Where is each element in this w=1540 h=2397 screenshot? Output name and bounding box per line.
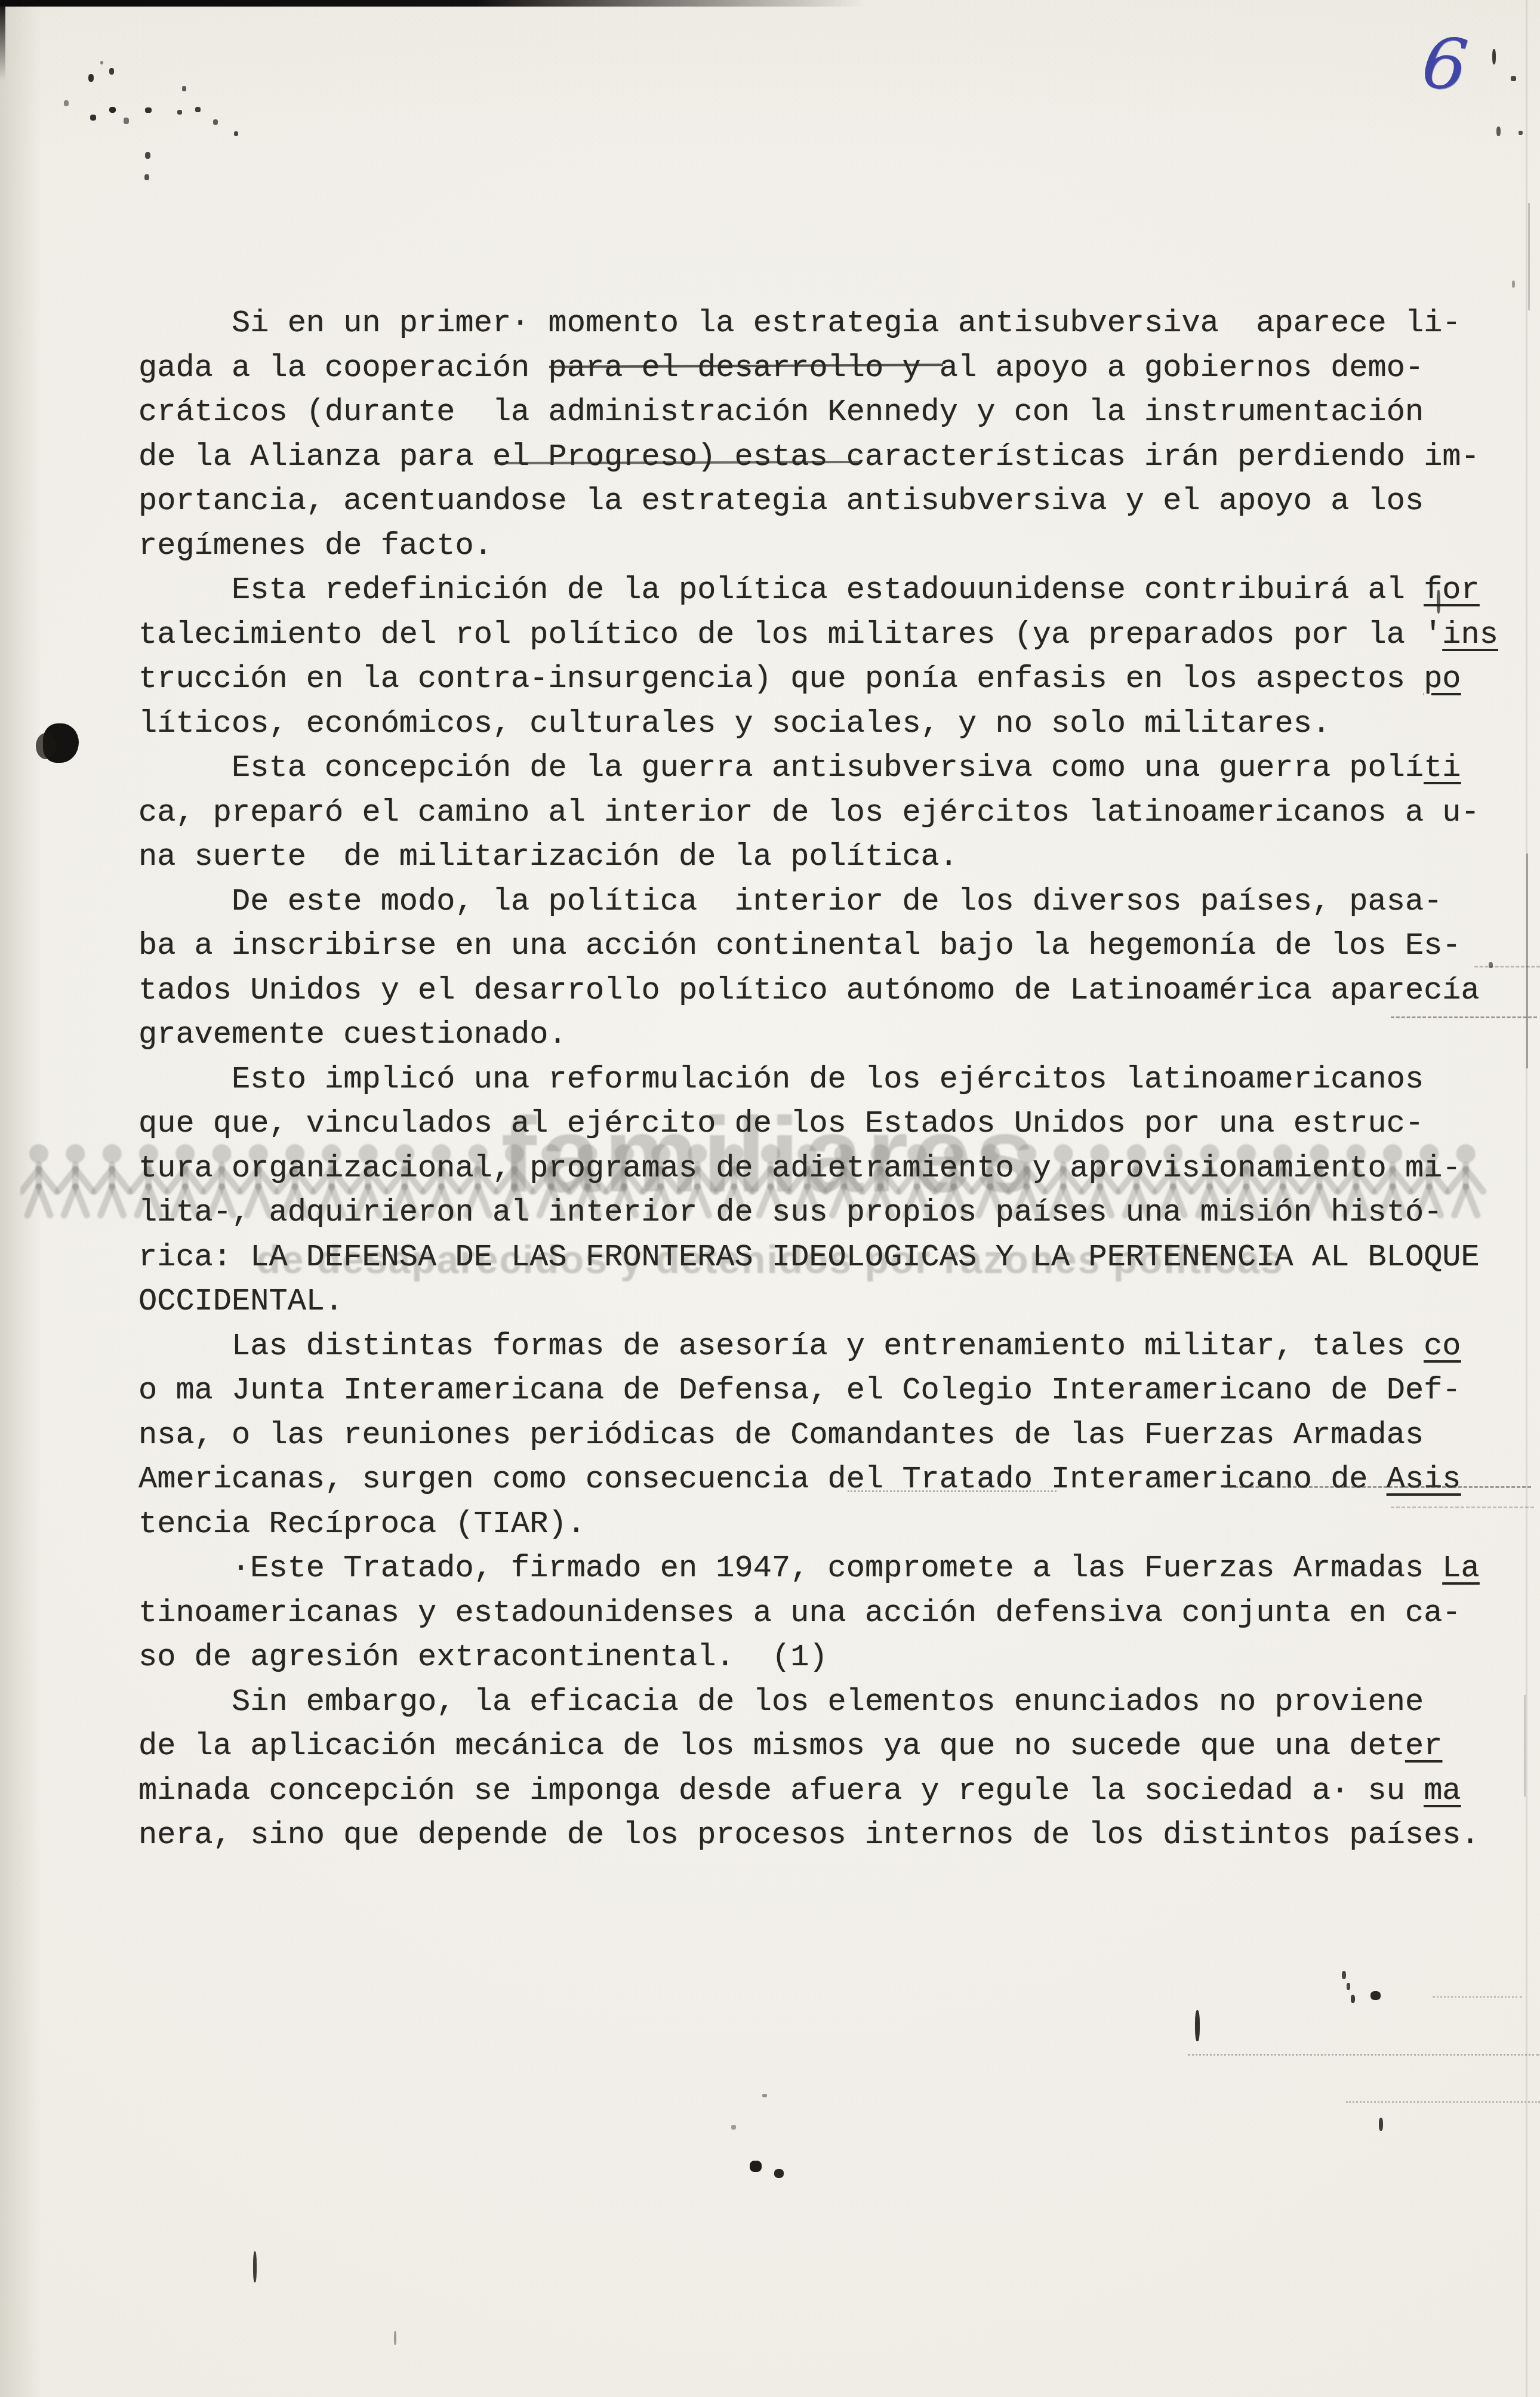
text-line: de la Alianza para el Progreso) estas ca… bbox=[138, 435, 1511, 480]
scan-dash-line bbox=[1474, 966, 1540, 968]
scan-speck bbox=[1370, 1991, 1381, 2000]
scan-speck bbox=[145, 152, 150, 159]
text-line: regímenes de facto. bbox=[138, 524, 1511, 569]
text-line: lita-, adquirieron al interior de sus pr… bbox=[138, 1191, 1511, 1236]
scan-speck bbox=[1342, 1971, 1346, 1979]
ink-blob-smudge bbox=[36, 733, 56, 759]
scan-speck bbox=[145, 107, 152, 113]
text-line: Si en un primer· momento la estrategia a… bbox=[138, 301, 1511, 346]
text-line: nsa, o las reuniones periódicas de Coman… bbox=[138, 1413, 1511, 1458]
scan-speck bbox=[1195, 2010, 1200, 2041]
text-line: Sin embargo, la eficacia de los elemento… bbox=[138, 1680, 1511, 1725]
text-line: que que, vinculados al ejército de los E… bbox=[138, 1102, 1511, 1147]
scan-speck bbox=[1347, 1983, 1350, 1990]
scan-speck bbox=[1489, 962, 1493, 968]
scan-speck bbox=[195, 107, 201, 112]
scan-speck bbox=[1511, 76, 1516, 81]
text-line: portancia, acentuandose la estrategia an… bbox=[138, 479, 1511, 524]
handwritten-page-number: 6 bbox=[1418, 20, 1471, 107]
scan-speck bbox=[182, 86, 186, 91]
scan-dot-line bbox=[1188, 2054, 1539, 2056]
scan-speck bbox=[1496, 127, 1501, 136]
scan-speck bbox=[394, 2331, 396, 2345]
scan-streak bbox=[1526, 854, 1528, 1068]
text-line: tados Unidos y el desarrollo político au… bbox=[138, 969, 1511, 1013]
scan-speck bbox=[88, 74, 94, 82]
scan-speck bbox=[774, 2169, 784, 2178]
scan-speck bbox=[100, 61, 103, 64]
scan-dash-line bbox=[1391, 1506, 1534, 1508]
text-line: gada a la cooperación para el desarrollo… bbox=[138, 346, 1511, 391]
text-line: de la aplicación mecánica de los mismos … bbox=[138, 1724, 1511, 1769]
scanned-document-page: { "document": { "page_number": "6", "lan… bbox=[0, 0, 1540, 2397]
text-line: ba a inscribirse en una acción continent… bbox=[138, 924, 1511, 969]
text-line: talecimiento del rol político de los mil… bbox=[138, 613, 1511, 658]
scan-dot-line bbox=[1433, 1996, 1522, 1998]
text-line: Las distintas formas de asesoría y entre… bbox=[138, 1324, 1511, 1369]
text-line: Esto implicó una reformulación de los ej… bbox=[138, 1058, 1511, 1102]
scan-edge-top bbox=[0, 0, 866, 7]
scan-speck bbox=[1519, 131, 1523, 135]
scan-speck bbox=[1492, 49, 1496, 64]
scan-streak bbox=[1524, 1695, 1526, 1797]
text-line: cráticos (durante la administración Kenn… bbox=[138, 390, 1511, 435]
text-line: rica: LA DEFENSA DE LAS FRONTERAS IDEOLO… bbox=[138, 1236, 1511, 1280]
text-line: ·Este Tratado, firmado en 1947, comprome… bbox=[138, 1546, 1511, 1591]
scan-speck bbox=[1512, 281, 1515, 288]
text-line: nera, sino que depende de los procesos i… bbox=[138, 1813, 1511, 1858]
typewritten-text: Si en un primer· momento la estrategia a… bbox=[138, 301, 1511, 1858]
scan-speck bbox=[253, 2251, 257, 2282]
scan-speck bbox=[144, 174, 149, 180]
scan-speck bbox=[1351, 1995, 1355, 2003]
text-line: o ma Junta Interamericana de Defensa, el… bbox=[138, 1369, 1511, 1413]
text-line: OCCIDENTAL. bbox=[138, 1280, 1511, 1324]
text-line: Esta redefinición de la política estadou… bbox=[138, 568, 1511, 613]
text-line: Esta concepción de la guerra antisubvers… bbox=[138, 746, 1511, 791]
text-line: trucción en la contra-insurgencia) que p… bbox=[138, 657, 1511, 702]
scan-speck bbox=[109, 68, 114, 75]
text-line: na suerte de militarización de la políti… bbox=[138, 835, 1511, 880]
scan-dash-line bbox=[1224, 1486, 1531, 1488]
text-line: minada concepción se imponga desde afuer… bbox=[138, 1769, 1511, 1814]
text-line: líticos, económicos, culturales y social… bbox=[138, 702, 1511, 747]
text-line: tencia Recíproca (TIAR). bbox=[138, 1502, 1511, 1547]
scan-speck bbox=[109, 107, 116, 113]
text-line: tura organizacional, programas de adietr… bbox=[138, 1147, 1511, 1191]
text-line: tinoamericanas y estadounidenses a una a… bbox=[138, 1591, 1511, 1636]
scan-speck bbox=[213, 119, 218, 125]
scan-speck bbox=[64, 100, 69, 106]
text-line: ca, preparó el camino al interior de los… bbox=[138, 791, 1511, 836]
scan-dash-line bbox=[1391, 1016, 1537, 1018]
text-line: De este modo, la política interior de lo… bbox=[138, 880, 1511, 925]
scan-speck bbox=[124, 118, 129, 124]
text-line: gravemente cuestionado. bbox=[138, 1013, 1511, 1058]
scan-streak bbox=[1528, 203, 1530, 310]
scan-edge-corner bbox=[0, 0, 5, 81]
scan-speck bbox=[1379, 2118, 1383, 2131]
scan-speck bbox=[762, 2094, 767, 2097]
scan-speck bbox=[234, 131, 238, 136]
text-line: Americanas, surgen como consecuencia del… bbox=[138, 1458, 1511, 1502]
scan-speck bbox=[731, 2125, 736, 2130]
scan-dot-line bbox=[1346, 2101, 1540, 2103]
scan-speck bbox=[1437, 590, 1440, 614]
scan-speck bbox=[90, 115, 96, 121]
scan-edge-right bbox=[1526, 0, 1527, 2397]
text-line: so de agresión extracontinental. (1) bbox=[138, 1635, 1511, 1680]
scan-speck bbox=[750, 2161, 762, 2172]
scan-speck bbox=[177, 110, 182, 115]
scan-dot-line bbox=[848, 1490, 1057, 1492]
